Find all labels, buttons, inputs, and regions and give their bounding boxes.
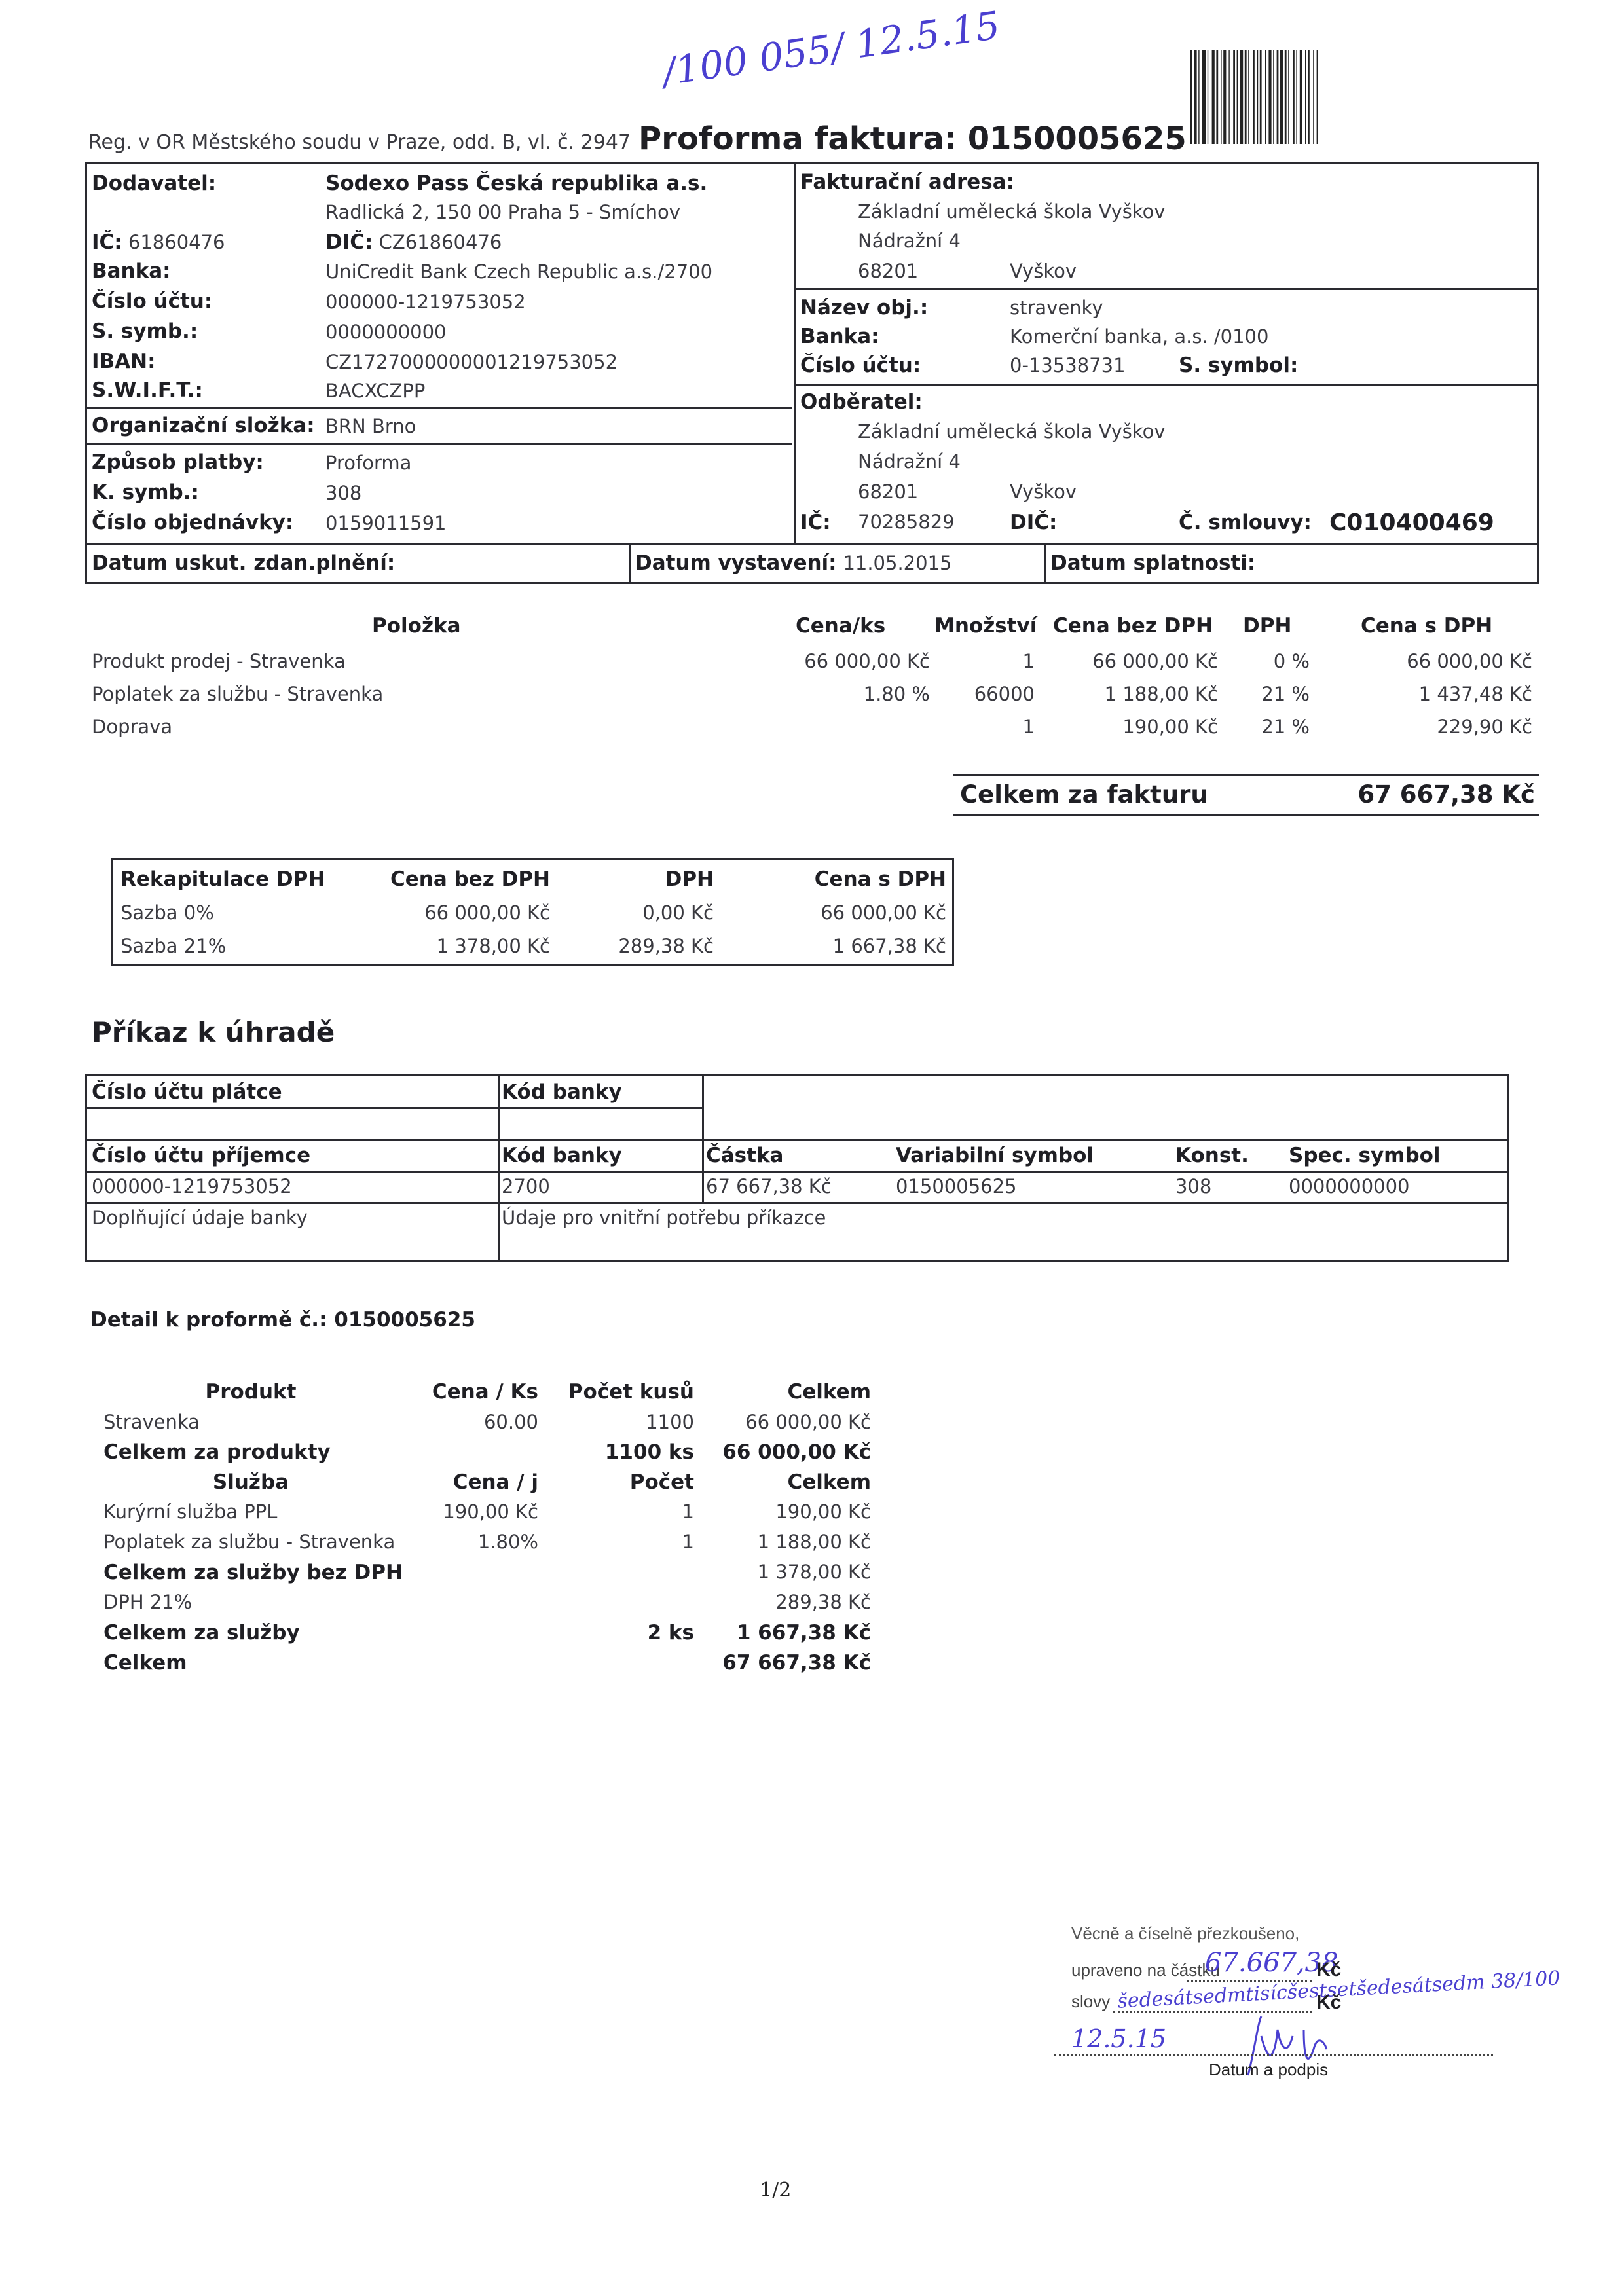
supplier-ssymb-label: S. symb.:	[92, 319, 198, 343]
customer-street: Nádražní 4	[858, 450, 961, 473]
title-label: Proforma faktura:	[638, 120, 957, 157]
detail-service-row: Poplatek za službu - Stravenka	[103, 1531, 395, 1553]
detail-products-total: Celkem za produkty	[103, 1440, 331, 1464]
contract-number: C010400469	[1329, 509, 1494, 536]
customer-ic: 70285829	[858, 511, 955, 533]
detail-services-total: 2 ks	[550, 1621, 694, 1645]
customer-zip: 68201	[858, 481, 918, 503]
invoice-total: 67 667,38 Kč	[1270, 780, 1535, 809]
vs-label: Variabilní symbol	[896, 1144, 1094, 1167]
customer-name: Základní umělecká škola Vyškov	[858, 420, 1166, 443]
amount-label: Částka	[706, 1144, 783, 1167]
page-title: Proforma faktura: 0150005625	[638, 120, 1187, 157]
invoice-total-label: Celkem za fakturu	[960, 780, 1208, 809]
payment-order-table	[85, 1074, 1509, 1262]
payee-account-label: Číslo účtu příjemce	[92, 1144, 310, 1167]
page-number: 1/2	[760, 2179, 791, 2202]
billing-zip: 68201	[858, 260, 918, 282]
supplier-address: Radlická 2, 150 00 Praha 5 - Smíchov	[325, 201, 680, 223]
ksymb-label: K. symb.:	[92, 481, 199, 504]
detail-grand-total: Celkem	[103, 1651, 187, 1675]
items-header-4: DPH	[1243, 614, 1291, 638]
vat-header: DPH	[563, 867, 714, 891]
taxable-date-label: Datum uskut. zdan.plnění:	[92, 551, 395, 575]
payment-method-label: Způsob platby:	[92, 450, 264, 474]
supplier-iban: CZ1727000000001219753052	[325, 351, 618, 373]
billing-street: Nádražní 4	[858, 230, 961, 252]
supplier-account-label: Číslo účtu:	[92, 289, 212, 313]
item-cell: 1 437,48 Kč	[1329, 683, 1532, 705]
handwritten-reference-note: /100 055/ 12.5.15	[660, 3, 1003, 94]
items-header-5: Cena s DPH	[1361, 614, 1492, 638]
detail-title: Detail k proformě č.: 0150005625	[90, 1308, 475, 1332]
payment-order-title: Příkaz k úhradě	[92, 1016, 335, 1048]
detail-product-row: 1100	[550, 1411, 694, 1433]
item-cell: 1 188,00 Kč	[1041, 683, 1218, 705]
item-cell: 0 %	[1225, 650, 1310, 672]
detail-product-header: Cena / Ks	[367, 1380, 538, 1404]
detail-product-header: Produkt	[103, 1380, 398, 1404]
item-cell: 1	[936, 650, 1035, 672]
customer-dic-label: DIČ:	[1010, 511, 1057, 534]
customer-bank: Komerční banka, a.s. /0100	[1010, 325, 1268, 348]
customer-label: Odběratel:	[800, 390, 923, 414]
detail-services-net: 1 378,00 Kč	[707, 1561, 871, 1583]
detail-products-total: 1100 ks	[550, 1440, 694, 1464]
order-name-label: Název obj.:	[800, 296, 928, 319]
stamp-line1: Věcně a číselně přezkoušeno,	[1071, 1923, 1299, 1944]
item-name: Poplatek za službu - Stravenka	[92, 683, 383, 705]
constant-symbol: 308	[1175, 1175, 1211, 1197]
item-cell: 229,90 Kč	[1329, 716, 1532, 738]
vat-cell: Sazba 21%	[120, 935, 226, 957]
contract-label: Č. smlouvy:	[1179, 511, 1312, 534]
detail-service-row: 1	[550, 1531, 694, 1553]
vat-header: Rekapitulace DPH	[120, 867, 325, 891]
vat-cell: 1 378,00 Kč	[327, 935, 550, 957]
detail-vat: 289,38 Kč	[707, 1591, 871, 1613]
payee-bank-code-label: Kód banky	[502, 1144, 622, 1167]
detail-service-header: Cena / j	[367, 1470, 538, 1494]
supplier-bank: UniCredit Bank Czech Republic a.s./2700	[325, 261, 712, 283]
detail-service-header: Celkem	[707, 1470, 871, 1494]
detail-services-net: Celkem za služby bez DPH	[103, 1561, 403, 1584]
supplier-bank-label: Banka:	[92, 259, 171, 283]
billing-label: Fakturační adresa:	[800, 170, 1014, 194]
barcode	[1190, 50, 1345, 144]
supplier-iban-label: IBAN:	[92, 350, 156, 373]
items-header-0: Položka	[372, 614, 461, 638]
vat-cell: 289,38 Kč	[563, 935, 714, 957]
detail-product-row: Stravenka	[103, 1411, 200, 1433]
stamp-words-label: slovy	[1071, 1992, 1110, 2012]
stamp-sign-label: Datum a podpis	[1209, 2060, 1328, 2080]
vat-cell: 1 667,38 Kč	[733, 935, 946, 957]
item-cell: 21 %	[1225, 683, 1310, 705]
supplier-ssymb: 0000000000	[325, 321, 447, 343]
org-label: Organizační složka:	[92, 414, 315, 437]
detail-services-total: Celkem za služby	[103, 1621, 300, 1645]
detail-product-header: Počet kusů	[550, 1380, 694, 1404]
detail-service-row: Kurýrní služba PPL	[103, 1501, 277, 1523]
items-header-1: Cena/ks	[796, 614, 885, 638]
items-header-2: Množství	[934, 614, 1037, 638]
items-header-3: Cena bez DPH	[1053, 614, 1213, 638]
payer-account-label: Číslo účtu plátce	[92, 1080, 282, 1104]
item-cell: 66 000,00 Kč	[753, 650, 930, 672]
ssymbol-label: S. symbol:	[1179, 354, 1298, 377]
billing-name: Základní umělecká škola Vyškov	[858, 200, 1166, 223]
item-cell: 21 %	[1225, 716, 1310, 738]
specific-symbol: 0000000000	[1289, 1175, 1410, 1197]
vat-cell: Sazba 0%	[120, 902, 214, 924]
detail-service-row: 1.80%	[367, 1531, 538, 1553]
item-cell: 190,00 Kč	[1041, 716, 1218, 738]
vat-cell: 0,00 Kč	[563, 902, 714, 924]
stamp-currency: Kč	[1316, 1959, 1341, 1981]
detail-service-row: 1	[550, 1501, 694, 1523]
payment-amount: 67 667,38 Kč	[706, 1175, 832, 1197]
item-name: Produkt prodej - Stravenka	[92, 650, 346, 672]
order-number: 0159011591	[325, 512, 447, 534]
customer-city: Vyškov	[1010, 481, 1077, 503]
vat-cell: 66 000,00 Kč	[733, 902, 946, 924]
detail-product-row: 66 000,00 Kč	[707, 1411, 871, 1433]
ks-label: Konst.	[1175, 1144, 1249, 1167]
ksymb-value: 308	[325, 482, 361, 504]
detail-products-total: 66 000,00 Kč	[707, 1440, 871, 1464]
supplier-swift: BACXCZPP	[325, 380, 425, 402]
detail-service-header: Služba	[103, 1470, 398, 1494]
customer-account-label: Číslo účtu:	[800, 354, 921, 377]
vat-header: Cena bez DPH	[327, 867, 550, 891]
supplier-name: Sodexo Pass Česká republika a.s.	[325, 172, 707, 195]
order-number-label: Číslo objednávky:	[92, 511, 293, 534]
detail-services-total: 1 667,38 Kč	[707, 1621, 871, 1645]
vat-cell: 66 000,00 Kč	[327, 902, 550, 924]
vat-header: Cena s DPH	[733, 867, 946, 891]
bank-extra-label: Doplňující údaje banky	[92, 1207, 308, 1229]
item-cell: 1.80 %	[753, 683, 930, 705]
customer-ic-label: IČ:	[800, 511, 831, 534]
item-cell: 66000	[936, 683, 1035, 705]
order-name: stravenky	[1010, 297, 1103, 319]
item-cell: 66 000,00 Kč	[1329, 650, 1532, 672]
payer-bank-code-label: Kód banky	[502, 1080, 622, 1104]
supplier-ic: IČ: 61860476	[92, 230, 225, 254]
supplier-account: 000000-1219753052	[325, 291, 526, 313]
payee-bank-code: 2700	[502, 1175, 550, 1197]
billing-city: Vyškov	[1010, 260, 1077, 282]
detail-grand-total: 67 667,38 Kč	[707, 1651, 871, 1675]
payment-method: Proforma	[325, 452, 411, 474]
detail-service-header: Počet	[550, 1470, 694, 1494]
item-cell: 1	[936, 716, 1035, 738]
internal-label: Údaje pro vnitřní potřebu příkazce	[502, 1207, 826, 1229]
handwritten-date: 12.5.15	[1071, 2024, 1166, 2053]
detail-product-header: Celkem	[707, 1380, 871, 1404]
issue-date: Datum vystavení: 11.05.2015	[635, 551, 951, 575]
supplier-swift-label: S.W.I.F.T.:	[92, 378, 203, 402]
variable-symbol: 0150005625	[896, 1175, 1017, 1197]
invoice-number: 0150005625	[968, 120, 1187, 157]
detail-service-row: 190,00 Kč	[707, 1501, 871, 1523]
item-cell: 66 000,00 Kč	[1041, 650, 1218, 672]
supplier-dic: DIČ: CZ61860476	[325, 230, 502, 254]
payee-account: 000000-1219753052	[92, 1175, 292, 1197]
spec-symbol-label: Spec. symbol	[1289, 1144, 1441, 1167]
detail-service-row: 1 188,00 Kč	[707, 1531, 871, 1553]
stamp-amount-label: upraveno na částku	[1071, 1960, 1220, 1980]
org-value: BRN Brno	[325, 415, 416, 437]
detail-service-row: 190,00 Kč	[367, 1501, 538, 1523]
due-date-label: Datum splatnosti:	[1050, 551, 1255, 575]
customer-bank-label: Banka:	[800, 325, 879, 348]
detail-product-row: 60.00	[367, 1411, 538, 1433]
detail-vat: DPH 21%	[103, 1591, 192, 1613]
registration-text: Reg. v OR Městského soudu v Praze, odd. …	[88, 131, 631, 154]
supplier-label: Dodavatel:	[92, 172, 216, 195]
item-name: Doprava	[92, 716, 172, 738]
customer-account: 0-13538731	[1010, 354, 1126, 376]
